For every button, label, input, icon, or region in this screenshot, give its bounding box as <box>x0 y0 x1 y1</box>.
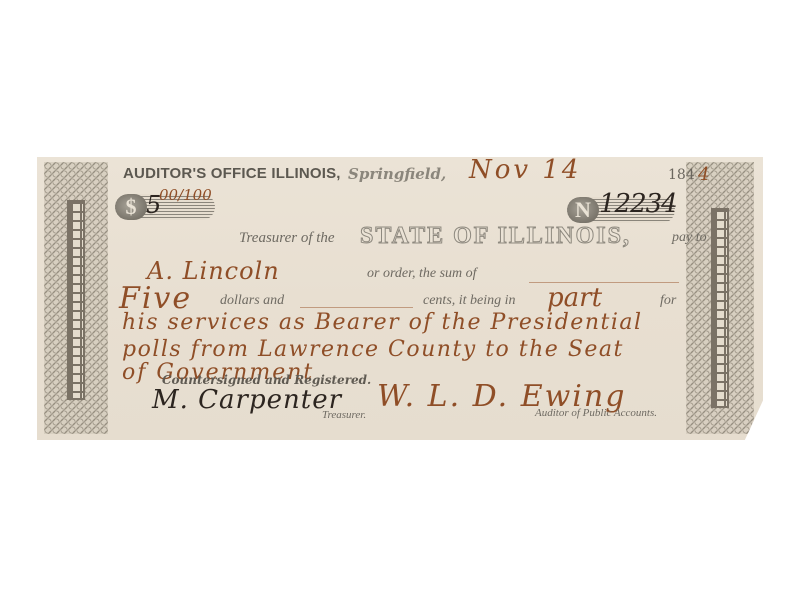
state-of-illinois-heading: STATE OF ILLINOIS, <box>360 223 631 250</box>
dollars-and-label: dollars and <box>220 293 284 309</box>
part-handwritten: part <box>547 283 602 313</box>
left-ornamental-border <box>44 162 108 434</box>
greek-key-pattern-icon <box>67 200 85 400</box>
treasurer-signature: M. Carpenter <box>152 385 342 415</box>
date-handwritten: Nov 14 <box>469 155 581 185</box>
document-photo: AUDITOR'S OFFICE ILLINOIS, Springfield, … <box>0 0 800 600</box>
dollar-symbol-icon: $ <box>115 194 147 220</box>
office-heading: AUDITOR'S OFFICE ILLINOIS, <box>123 165 341 182</box>
cents-label: cents, it being in <box>423 293 516 309</box>
right-ornamental-border <box>686 162 754 434</box>
treasurer-label: Treasurer. <box>322 409 366 421</box>
auditor-label: Auditor of Public Accounts. <box>535 407 657 419</box>
greek-key-pattern-icon <box>711 208 729 408</box>
city-label: Springfield, <box>348 165 446 183</box>
pay-to-label: pay to <box>672 230 707 246</box>
or-order-label: or order, the sum of <box>367 266 477 282</box>
purpose-line-1: his services as Bearer of the Presidenti… <box>122 310 643 335</box>
auditor-warrant-paper: AUDITOR'S OFFICE ILLINOIS, Springfield, … <box>37 157 763 440</box>
year-printed: 184 <box>668 167 695 183</box>
treasurer-of-the-label: Treasurer of the <box>239 230 335 247</box>
warrant-number: 12234 <box>599 189 677 219</box>
cents-line <box>300 307 413 308</box>
amount-cents: 00/100 <box>159 186 212 204</box>
year-handwritten-digit: 4 <box>698 164 709 185</box>
number-symbol-icon: N <box>567 197 599 223</box>
for-label: for <box>660 293 676 309</box>
purpose-line-2: polls from Lawrence County to the Seat <box>122 337 624 362</box>
